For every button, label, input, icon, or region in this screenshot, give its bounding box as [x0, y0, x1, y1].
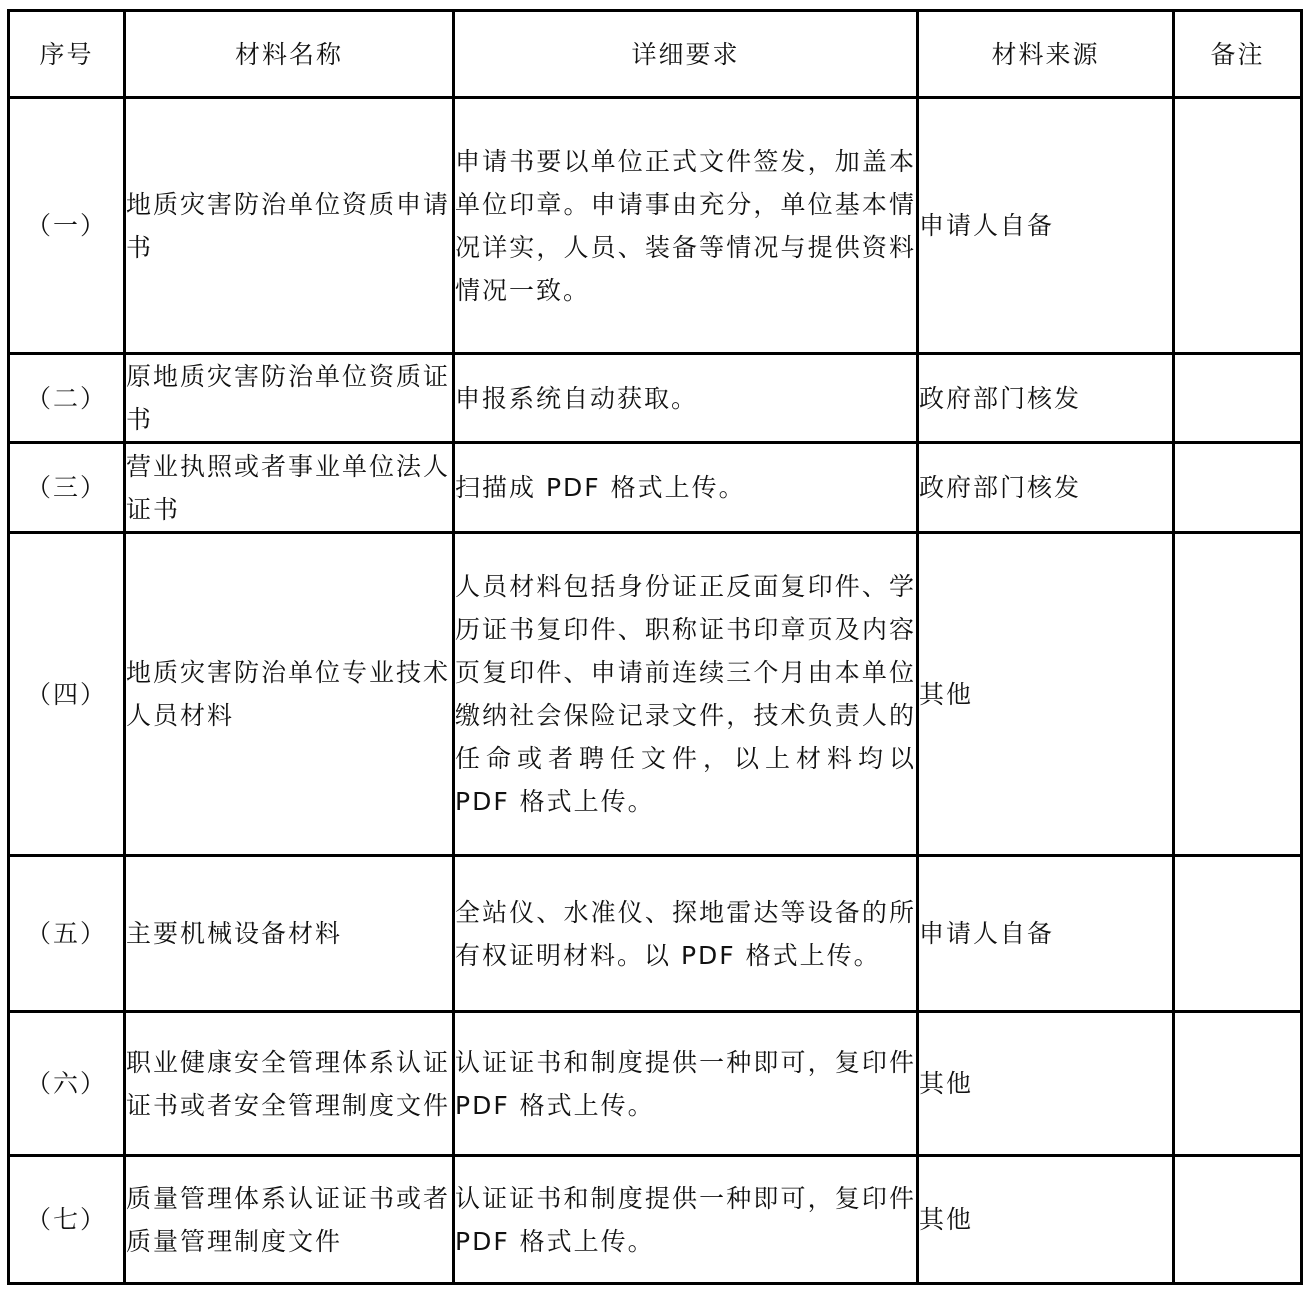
row-seq: （五）	[9, 856, 125, 1012]
requirement-text: 人员材料包括身份证正反面复印件、学历证书复印件、职称证书印章页及内容页复印件、申…	[455, 565, 916, 823]
row-remark	[1174, 856, 1302, 1012]
row-requirement: 全站仪、水准仪、探地雷达等设备的所有权证明材料。以 PDF 格式上传。	[454, 856, 918, 1012]
row-remark	[1174, 1156, 1302, 1284]
table-row: （七） 质量管理体系认证证书或者质量管理制度文件 认证证书和制度提供一种即可，复…	[9, 1156, 1302, 1284]
requirement-text: 认证证书和制度提供一种即可，复印件 PDF 格式上传。	[455, 1041, 916, 1127]
row-material-name: 质量管理体系认证证书或者质量管理制度文件	[125, 1156, 454, 1284]
row-material-name: 地质灾害防治单位专业技术人员材料	[125, 533, 454, 856]
row-remark	[1174, 98, 1302, 354]
table-row: （一） 地质灾害防治单位资质申请书 申请书要以单位正式文件签发，加盖本单位印章。…	[9, 98, 1302, 354]
row-seq: （三）	[9, 443, 125, 533]
header-source: 材料来源	[918, 11, 1174, 98]
row-source: 政府部门核发	[918, 443, 1174, 533]
header-requirement: 详细要求	[454, 11, 918, 98]
material-name-text: 营业执照或者事业单位法人证书	[126, 445, 452, 531]
requirement-text: 扫描成 PDF 格式上传。	[455, 466, 916, 509]
row-source: 其他	[918, 533, 1174, 856]
row-requirement: 认证证书和制度提供一种即可，复印件 PDF 格式上传。	[454, 1012, 918, 1156]
row-source: 政府部门核发	[918, 354, 1174, 443]
row-material-name: 营业执照或者事业单位法人证书	[125, 443, 454, 533]
row-material-name: 主要机械设备材料	[125, 856, 454, 1012]
row-requirement: 申请书要以单位正式文件签发，加盖本单位印章。申请事由充分，单位基本情况详实，人员…	[454, 98, 918, 354]
table-row: （六） 职业健康安全管理体系认证证书或者安全管理制度文件 认证证书和制度提供一种…	[9, 1012, 1302, 1156]
requirement-text: 全站仪、水准仪、探地雷达等设备的所有权证明材料。以 PDF 格式上传。	[455, 891, 916, 977]
row-seq: （七）	[9, 1156, 125, 1284]
requirement-text: 认证证书和制度提供一种即可，复印件 PDF 格式上传。	[455, 1177, 916, 1263]
requirement-text: 申报系统自动获取。	[455, 377, 916, 420]
row-material-name: 地质灾害防治单位资质申请书	[125, 98, 454, 354]
row-source: 其他	[918, 1012, 1174, 1156]
table-header-row: 序号 材料名称 详细要求 材料来源 备注	[9, 11, 1302, 98]
material-name-text: 原地质灾害防治单位资质证书	[126, 355, 452, 441]
header-material-name: 材料名称	[125, 11, 454, 98]
row-seq: （二）	[9, 354, 125, 443]
materials-table: 序号 材料名称 详细要求 材料来源 备注 （一） 地质灾害防治单位资质申请书 申…	[7, 9, 1303, 1285]
material-name-text: 地质灾害防治单位资质申请书	[126, 183, 452, 269]
row-source: 申请人自备	[918, 856, 1174, 1012]
row-source: 申请人自备	[918, 98, 1174, 354]
material-name-text: 质量管理体系认证证书或者质量管理制度文件	[126, 1177, 452, 1263]
row-requirement: 申报系统自动获取。	[454, 354, 918, 443]
material-name-text: 职业健康安全管理体系认证证书或者安全管理制度文件	[126, 1041, 452, 1127]
header-remark: 备注	[1174, 11, 1302, 98]
row-remark	[1174, 443, 1302, 533]
row-remark	[1174, 533, 1302, 856]
row-requirement: 人员材料包括身份证正反面复印件、学历证书复印件、职称证书印章页及内容页复印件、申…	[454, 533, 918, 856]
material-name-text: 主要机械设备材料	[126, 912, 452, 955]
table-row: （五） 主要机械设备材料 全站仪、水准仪、探地雷达等设备的所有权证明材料。以 P…	[9, 856, 1302, 1012]
table-row: （二） 原地质灾害防治单位资质证书 申报系统自动获取。 政府部门核发	[9, 354, 1302, 443]
row-material-name: 职业健康安全管理体系认证证书或者安全管理制度文件	[125, 1012, 454, 1156]
material-name-text: 地质灾害防治单位专业技术人员材料	[126, 651, 452, 737]
row-requirement: 认证证书和制度提供一种即可，复印件 PDF 格式上传。	[454, 1156, 918, 1284]
row-seq: （四）	[9, 533, 125, 856]
header-seq: 序号	[9, 11, 125, 98]
table-row: （四） 地质灾害防治单位专业技术人员材料 人员材料包括身份证正反面复印件、学历证…	[9, 533, 1302, 856]
row-seq: （一）	[9, 98, 125, 354]
row-requirement: 扫描成 PDF 格式上传。	[454, 443, 918, 533]
requirement-text: 申请书要以单位正式文件签发，加盖本单位印章。申请事由充分，单位基本情况详实，人员…	[455, 140, 916, 312]
row-material-name: 原地质灾害防治单位资质证书	[125, 354, 454, 443]
row-seq: （六）	[9, 1012, 125, 1156]
row-source: 其他	[918, 1156, 1174, 1284]
row-remark	[1174, 1012, 1302, 1156]
table-row: （三） 营业执照或者事业单位法人证书 扫描成 PDF 格式上传。 政府部门核发	[9, 443, 1302, 533]
row-remark	[1174, 354, 1302, 443]
